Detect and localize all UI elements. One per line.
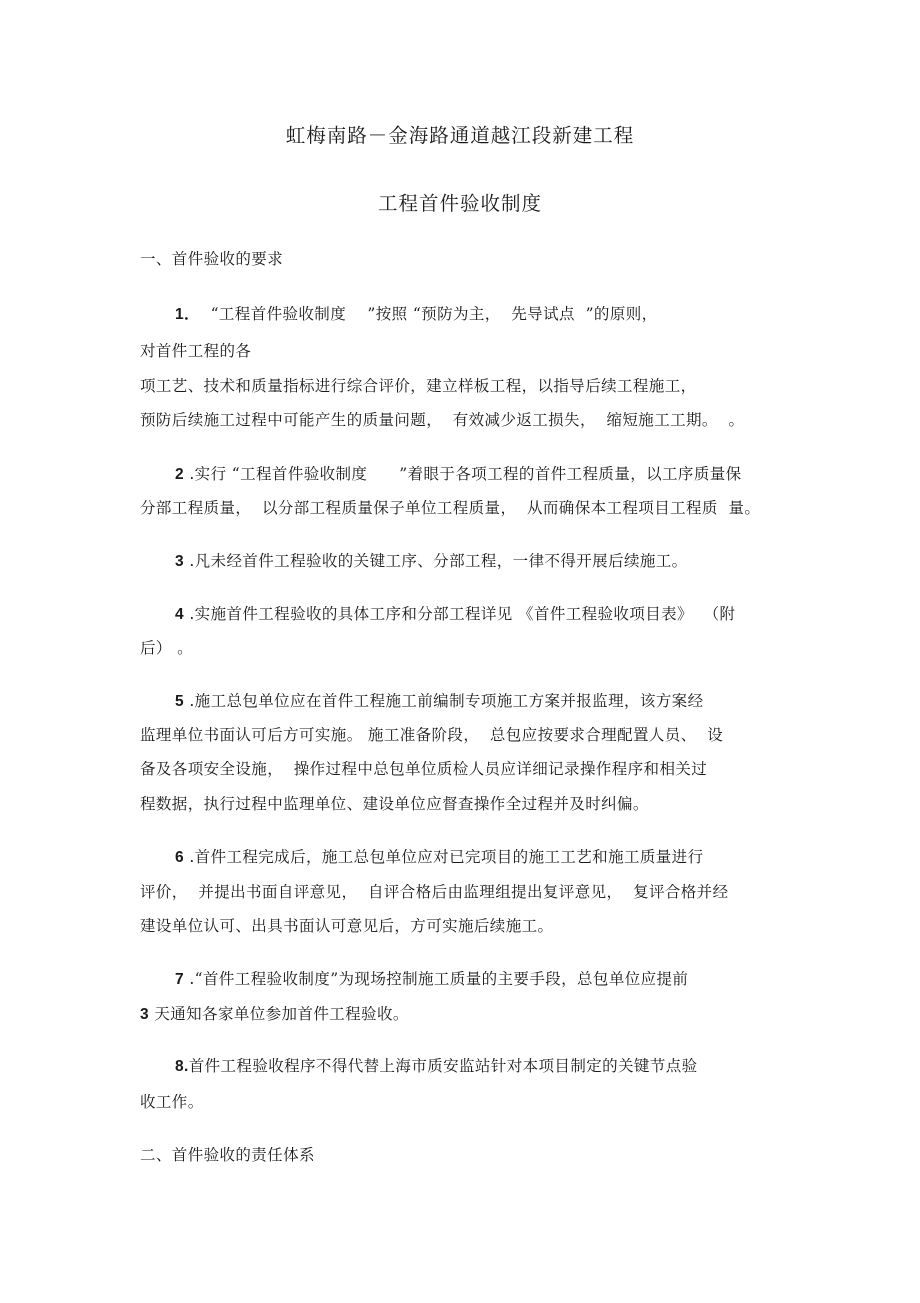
item-5-first-line: 5 .施工总包单位应在首件工程施工前编制专项施工方案并报监理，该方案经 [175, 691, 704, 712]
item-4-first-line: 4 .实施首件工程验收的具体工序和分部工程详见 《首件工程验收项目表》 （附 [175, 604, 735, 625]
item-7-first-line: 7 .“首件工程验收制度”为现场控制施工质量的主要手段，总包单位应提前 [175, 969, 688, 990]
item-5-line-4: 程数据，执行过程中监理单位、建设单位应督查操作全过程并及时纠偏。 [140, 794, 649, 814]
item-1-line-3: 项工艺、技术和质量指标进行综合评价，建立样板工程，以指导后续工程施工， [140, 376, 697, 396]
item-7-line-2: 3 天通知各家单位参加首件工程验收。 [140, 1004, 409, 1025]
item-1-line-4: 预防后续施工过程中可能产生的质量问题， 有效减少返工损失， 缩短施工工期。 。 [140, 410, 744, 430]
item-2-line-2: 分部工程质量， 以分部工程质量保子单位工程质量， 从而确保本工程项目工程质 量。 [140, 498, 760, 518]
document-subtitle: 工程首件验收制度 [0, 192, 920, 216]
item-5-line-3: 备及各项安全设施， 操作过程中总包单位质检人员应详细记录操作程序和相关过 [140, 759, 707, 779]
section-heading-1: 一、首件验收的要求 [140, 249, 283, 269]
item-1-first-line: 1． “工程首件验收制度 ”按照 “预防为主， 先导试点 ”的原则， [175, 304, 658, 325]
item-6-first-line: 6 .首件工程完成后，施工总包单位应对已完项目的施工工艺和施工质量进行 [175, 847, 704, 868]
item-number: 1． [175, 306, 200, 323]
item-2-first-line: 2 .实行 “工程首件验收制度 ”着眼于各项工程的首件工程质量，以工序质量保 [175, 464, 742, 485]
item-4-line-2: 后） 。 [140, 638, 193, 658]
item-3-first-line: 3 .凡未经首件工程验收的关键工序、分部工程，一律不得开展后续施工。 [175, 551, 688, 572]
item-8-first-line: 8.首件工程验收程序不得代替上海市质安监站针对本项目制定的关键节点验 [175, 1056, 698, 1077]
item-8-line-2: 收工作。 [140, 1092, 204, 1112]
item-1-line-2: 对首件工程的各 [140, 341, 251, 361]
item-6-line-3: 建设单位认可、出具书面认可意见后，方可实施后续施工。 [140, 916, 553, 936]
item-number: 5 [175, 693, 184, 710]
document-title: 虹梅南路－金海路通道越江段新建工程 [0, 124, 920, 148]
section-heading-2: 二、首件验收的责任体系 [140, 1145, 315, 1165]
item-number: 8. [175, 1058, 189, 1075]
item-number: 6 [175, 849, 184, 866]
item-5-line-2: 监理单位书面认可后方可实施。 施工准备阶段， 总包应按要求合理配置人员、 设 [140, 725, 723, 745]
item-6-line-2: 评价， 并提出书面自评意见， 自评合格后由监理组提出复评意见， 复评合格并经 [140, 882, 728, 902]
item-number: 2 [175, 466, 184, 483]
item-number: 3 [175, 553, 184, 570]
item-number: 7 [175, 971, 184, 988]
item-number: 4 [175, 606, 184, 623]
